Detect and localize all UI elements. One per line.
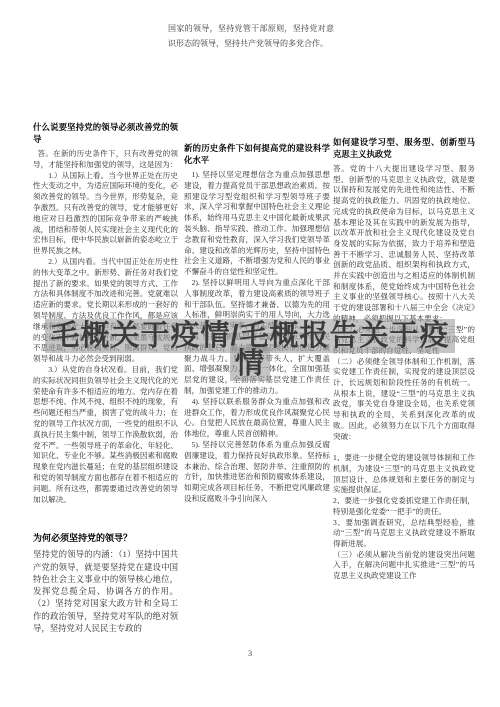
- top-paragraph-fragment: 国家的领导，坚持党管干部原则，坚持党对意识形态的领导，坚持共产党领导的多党合作。: [168, 21, 334, 51]
- heading-scientific-party-building: 新的历史条件下如何提高党的建设科学化水平: [184, 143, 330, 167]
- heading-improve-party-leadership: 什么说要坚持党的领导必须改善党的领导: [33, 122, 178, 146]
- section-uphold-leadership: 为何必须坚持党的领导？ 坚持党的领导的内涵：（1）坚持中国共产党的领导，就是要坚…: [33, 532, 178, 635]
- paragraph: 1). 坚持以坚定理想信念为重点加强思想建设，着力提高党员干部思想政治素质。按照…: [184, 170, 330, 278]
- paragraph: 答。在新的历史条件下，只有改善党的领导，才能坚持和加强党的领导，这是因为：: [33, 149, 178, 171]
- paragraph: 5). 坚持以完善惩防体系为重点加强反腐倡廉建设，着力保持良好执政形象。坚持标本…: [184, 440, 330, 505]
- paragraph: （三）必须从解决当前党的建设突出问题入手，在解决问题中扎实推进“三型”的马克思主…: [333, 550, 475, 582]
- document-page: 国家的领导，坚持党管干部原则，坚持党对意识形态的领导，坚持共产党领导的多党合作。…: [0, 0, 500, 707]
- paragraph: 2、要进一步强化党委抓党建工作责任制，特别是强化党委“一把手”的责任。: [333, 496, 475, 517]
- paragraph: 答。党的十八大提出建设学习型、服务型、创新型的马克思主义执政党，就是要以保持和发…: [333, 164, 475, 325]
- heading-three-type-party: 如何建设学习型、服务型、创新型马克思主义执政党: [333, 137, 475, 161]
- heading-uphold-party-leadership: 为何必须坚持党的领导？: [33, 532, 178, 545]
- watermark-overlay: 毛概关于疫情/毛概报告关于疫情: [34, 322, 466, 378]
- page-number: 3: [0, 648, 500, 658]
- paragraph: 1、要进一步健全党的建设领导体制和工作机制，为建设“三型”的马克思主义执政党顶层…: [333, 453, 475, 496]
- paragraph: 4). 坚持以联系服务群众为重点加强和改进群众工作，着力形成优良作风凝聚党心民心…: [184, 397, 330, 440]
- paragraph: 坚持党的领导的内涵：（1）坚持中国共产党的领导，就是要坚持党在建设中国特色社会主…: [33, 549, 178, 635]
- paragraph: 3、要加强调查研究，总结典型经验，推动“三型”的马克思主义执政党建设不断取得新进…: [333, 518, 475, 550]
- paragraph: 1.）从国际上看。当今世界正处在历史性大变动之中，为适应国际环境的变化，必须改善…: [33, 171, 178, 257]
- watermark-text: 毛概关于疫情/毛概报告关于疫情: [45, 319, 454, 381]
- paragraph: 3.）从党的自身状况看。目前，我们党的实际状况同担负领导社会主义现代化的光荣使命…: [33, 365, 178, 505]
- column-left: 什么说要坚持党的领导必须改善党的领导 答。在新的历史条件下，只有改善党的领导，才…: [33, 122, 178, 635]
